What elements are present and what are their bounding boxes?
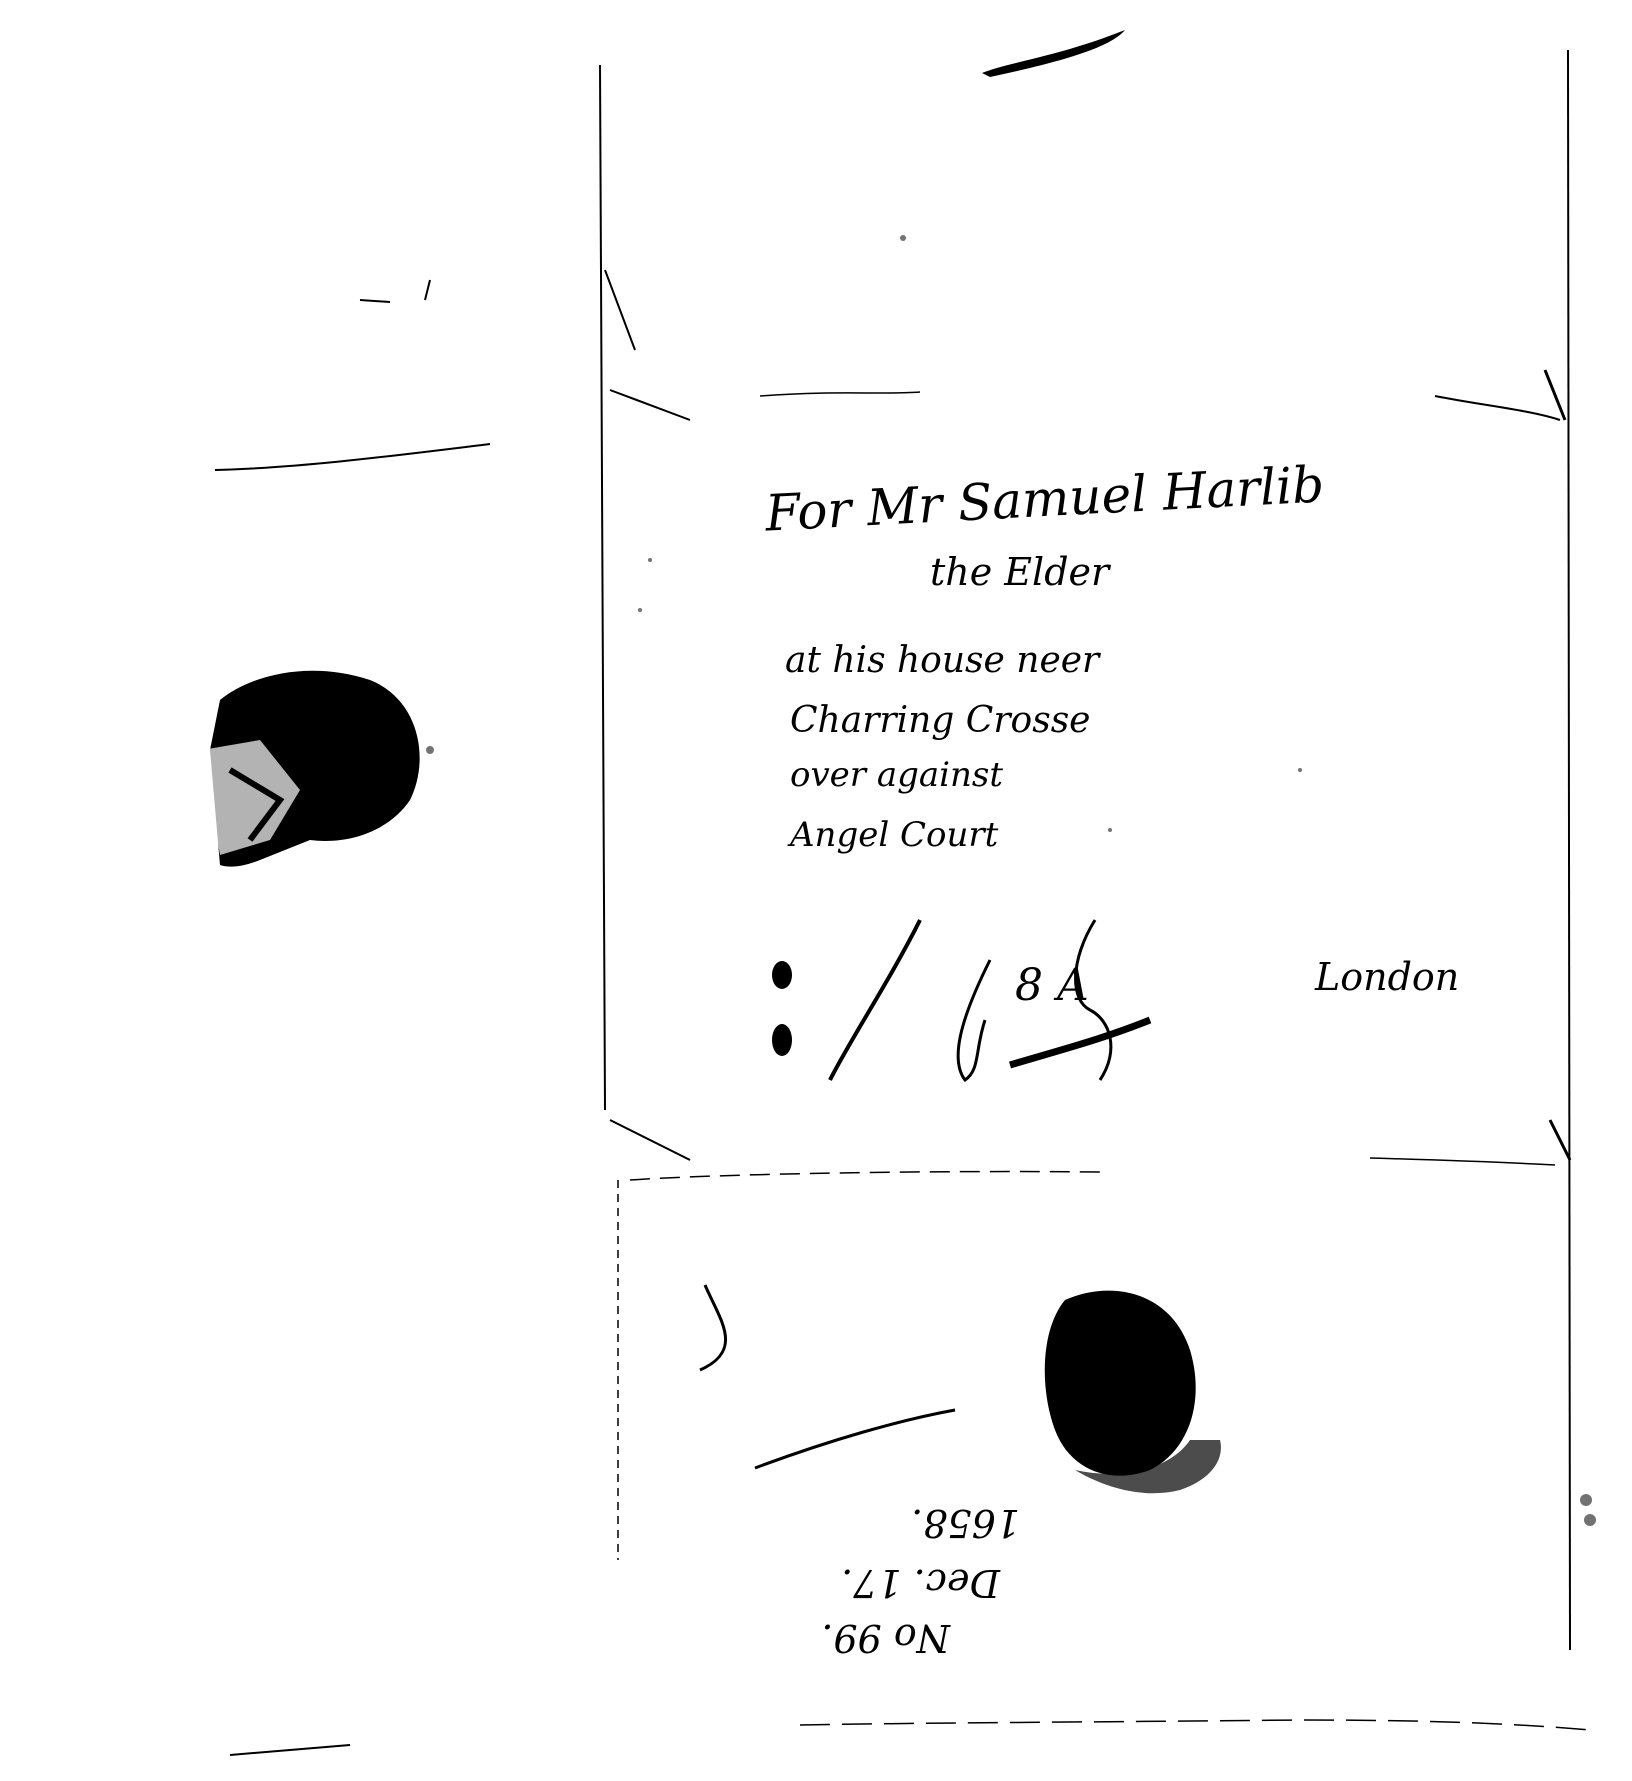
paper-folds-and-stains (0, 0, 1632, 1781)
docket-line-3: No 99. (821, 1616, 950, 1660)
postmark-marks: 8 A (1015, 960, 1089, 1011)
docket-note: No 99. Dec. 17. 1658. (820, 1480, 1060, 1660)
bottom-wax-seal-icon (1030, 1280, 1270, 1520)
docket-line-1: 1658. (911, 1501, 1020, 1545)
ink-smear (982, 30, 1125, 77)
address-line-5: over against (790, 755, 1003, 795)
address-line-3: at his house neer (785, 640, 1099, 681)
address-line-4: Charring Crosse (790, 700, 1090, 741)
postmark-city: London (1315, 955, 1459, 999)
address-line-6: Angel Court (790, 815, 998, 855)
docket-line-2: Dec. 17. (841, 1561, 1000, 1605)
address-line-2: the Elder (930, 550, 1109, 594)
left-wax-seal-icon (190, 640, 440, 880)
